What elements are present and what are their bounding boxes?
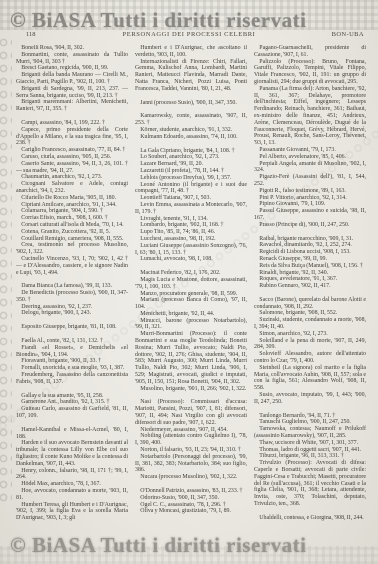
index-entry: Rubino Gennaro, '902, II, 417. [254, 283, 366, 290]
page-title: PERSONAGGI DEI PROCESSI CELEBRI [0, 31, 378, 38]
index-entry: Esposito Giuseppe, brigante, '81, II, 10… [16, 324, 128, 331]
index-entry: Rinaldi, brigante, '92, II, 340. [254, 270, 366, 277]
index-letter-group: Hamel-Kannibal e Missa-el-Acmel, '80, I,… [16, 427, 128, 522]
index-entry: Bonelli Rosa, '904, II, 302. [16, 45, 128, 52]
index-entry: Pigott R., falso testimone, '89, I, 163. [254, 188, 366, 195]
index-entry: Lupo Tito, '85, II, 74; '86, II, 46. [135, 229, 247, 236]
index-entry: Pagano-Guarnaschelli, presidente di Cass… [254, 45, 366, 59]
index-entry: Leoné Antonino (il brigante) e i suoi du… [135, 182, 247, 196]
index-letter-group: Campi, assassino, '84, I, 199, 222. †Cap… [16, 120, 128, 276]
index-entry: Panama (La firma del): Arton, banchiere,… [254, 86, 366, 147]
index-entry: Tanlongo Bernardo, '94, II, 71. † [254, 413, 366, 420]
index-entry: Soleilland e la pena di morte, '907, II,… [254, 338, 366, 352]
index-entry: Hödel Max, anarchico, '78, I, 367. [16, 481, 128, 488]
index-entry: Perpiali Angela, amante di Musolino, '90… [254, 161, 366, 175]
index-entry: Trivulzio (Processo): Avvocati di difesa… [254, 460, 366, 508]
index-entry: Lo Soubert, anarchico, '92, I, 273. [135, 154, 247, 161]
running-header: 118 PERSONAGGI DEI PROCESSI CELEBRI BON-… [0, 31, 378, 41]
index-entry: Tarnowska, contessa; Naumoff e Prilukoff… [254, 426, 366, 440]
index-letter-group: La Gala Cipriano, brigante, '84, I, 108.… [135, 148, 247, 264]
index-entry: Kulmann Edoardo, assassino, '74, II, 100… [135, 134, 247, 141]
index-entry: Pel Alberto, avvelenatore, '85, I, 406. [254, 154, 366, 161]
index-entry: Cicognani Salvatore e Adele, coniugi ana… [16, 181, 128, 195]
index-body: Bonelli Rosa, '904, II, 302.Bonmartini, … [16, 45, 366, 532]
index-entry: Salomone, brigante, '908, II, 552. [254, 310, 366, 317]
index-entry: Passanante Giovanni, '79, I, 173. [254, 147, 366, 154]
index-entry: Luciani Giuseppe (assassinio Sonzogno), … [135, 243, 247, 257]
index-entry: Nasi (Processo): Commissari d'accusa: Ma… [135, 399, 247, 426]
index-entry: Deering, assassino, '92, I, 237. [16, 304, 128, 311]
index-entry: O'Donnell Patrizio, assassino, '83, II, … [135, 488, 247, 495]
index-letter-group: Gallay e la sua amante, '95, II, 258.Gar… [16, 393, 128, 420]
index-letter-group: Janni (processo Susio), '900, II, 347, 3… [135, 100, 247, 107]
index-entry: Passul Giuseppe, assassino e suicida, '9… [254, 208, 366, 222]
index-entry: Cariglio Francesco, assassinato, '77, II… [16, 147, 128, 154]
index-letter-group: Raibal, brigante marocchino, '909, I, 31… [254, 236, 366, 290]
index-entry: Nucara (processo Musolino), '902, I, 322… [135, 474, 247, 481]
index-entry: Raibal, brigante marocchino, '909, I, 31… [254, 236, 366, 243]
index-entry: Henry, colonn., falsario, '98, II, 171 †… [16, 468, 128, 482]
index-entry: Nobiling (attentato contro Guglielmo I),… [135, 433, 247, 447]
index-entry: Caserio Sante, assassino, '94, II, 3, 26… [16, 161, 128, 175]
index-entry: Delogu, brigante, '900, I, 243. [16, 310, 128, 317]
index-entry: Cotena, Granito, Zuccottera, '92, II, 5. [16, 229, 128, 236]
index-entry: Musolino, brigante, '901, II, 266; '902,… [135, 386, 247, 393]
index-entry: Fiandi «el Rosset», e Demichelis «el Bio… [16, 345, 128, 359]
index-entry: Oliva y Moncasi, giustiziato, '79, I, 89… [135, 508, 247, 515]
index-entry: Odorino-Susio, '900, II, 347, 350. [135, 495, 247, 502]
scanned-index-page: © BiASA Tutti i diritti riservati 118 PE… [0, 0, 378, 564]
index-letter-group: Dama Bianca (La famosa), '99, II, 133.De… [16, 283, 128, 317]
index-entry: Suzinski, studente, condannato a morte, … [254, 317, 366, 331]
index-entry: Susio, avvocato, imputato, '99, I, 443; … [254, 392, 366, 406]
index-entry: Körner, studente, anarchico, '91, I, 332… [135, 127, 247, 134]
index-entry: Caruso, ciurla, assassino, '905, II, 256… [16, 154, 128, 161]
index-entry: Fioravanti, brigante, '900, II, 33. † [16, 358, 128, 365]
index-entry: Minucci, barone (processo Notarbartolo),… [135, 318, 247, 332]
index-entry: Bonmartini, conte, assassinato da Tullio… [16, 52, 128, 66]
index-entry: Menichetti, brigante, '92, II, 44. [135, 311, 247, 318]
index-column-1: Bonelli Rosa, '904, II, 302.Bonmartini, … [16, 45, 128, 532]
index-entry: Lazare Bernard, '99, II, 20. [135, 161, 247, 168]
index-entry: Gallay e la sua amante, '95, II, 258. [16, 393, 128, 400]
index-entry: Roques, avvelenatore, '91, I, 367. [254, 276, 366, 283]
index-entry: Pipino Giovanni, '79, I, 109. [254, 201, 366, 208]
index-column-2: Humbert e i D'Aurignac, che ascoltano il… [135, 45, 247, 532]
index-entry: Lazzaretti (il profeta), '78, II, 144. † [135, 168, 247, 175]
index-entry: Levin Emma, assassinata a Montecarlo, '9… [135, 202, 247, 216]
index-entry: Corsari catturati all'isola di Meda, '70… [16, 222, 128, 229]
index-entry: Campi, assassino, '84, I, 199, 222. † [16, 120, 128, 127]
index-entry: Lombardo, brigante, '902, II, 168. † [135, 222, 247, 229]
index-entry: Thomas, ladro di oggetti sacri, '907, II… [254, 447, 366, 454]
index-letter-group: Bonelli Rosa, '904, II, 302.Bonmartini, … [16, 45, 128, 113]
index-entry: Cucinello Vincenzo, '93, I, 70; '902, I,… [16, 256, 128, 276]
index-entry: Cipriani Amilcare, anarchico, '91, I, 34… [16, 202, 128, 209]
index-entry: Steinheil (La signora) col marito e la f… [254, 365, 366, 392]
index-letter-group: Sacco (Barone), querelato dal barone Alo… [254, 297, 366, 406]
index-letter-group: Macinai Federico, '82, I, 176, 202.Magis… [135, 270, 247, 392]
index-entry: Livraghi, tenente, '91, I, 134. [135, 216, 247, 223]
index-letter-group: Humbert e i D'Aurignac, che ascoltano il… [135, 45, 247, 93]
index-letter-group: Kamarowsky, conte, assassinato, '907, II… [135, 113, 247, 140]
index-entry: Kamarowsky, conte, assassinato, '907, II… [135, 113, 247, 127]
index-entry: La Gala Cipriano, brigante, '84, I, 108.… [135, 148, 247, 155]
index-entry: Leblois (processo Dreyfus), '99, I, 357. [135, 175, 247, 182]
index-entry: Prasso (Principe di), '900, II, 247, 250… [254, 222, 366, 229]
index-entry: Ubaldelli, contessa, e Giorgina, '908, I… [254, 515, 366, 522]
index-entry: Briganti della banda Maurano — Cirelli M… [16, 72, 128, 86]
index-entry: Capece, primo presidente della Corte d'A… [16, 127, 128, 147]
index-letter-group: O'Donnell Patrizio, assassino, '83, II, … [135, 488, 247, 515]
index-entry: Thaw, uccisore di White, '907, I, 301, 3… [254, 440, 366, 447]
copyright-watermark-top: © BiASA Tutti i diritti riservati [10, 8, 370, 33]
index-letter-group: Esposito Giuseppe, brigante, '81, II, 10… [16, 324, 128, 331]
index-letter-group: Faella Al., conte, '82, I, 131, 132. †Fi… [16, 338, 128, 386]
index-entry: Chaumartin, anarchico, '92, I, 273. [16, 174, 128, 181]
index-entry: Janni (processo Susio), '900, II, 347, 3… [135, 100, 247, 107]
index-entry: Hamel-Kannibal e Missa-el-Acmel, '80, I,… [16, 427, 128, 441]
index-entry: Solovieff Alessandro, autore dell'attent… [254, 351, 366, 365]
index-entry: Freudemberg, l'assassino della canzonett… [16, 372, 128, 386]
index-entry: De Benedictis (processo Susio), '900, II… [16, 290, 128, 304]
index-entry: Briganti maremmani: Albertini, Menichett… [16, 99, 128, 113]
index-entry: Regicidi di Lisbona uccisi, '908, I, 153… [254, 249, 366, 256]
index-entry: Hoe, avvocato, condannato a morte, '903,… [16, 488, 128, 502]
index-entry: Lucchesi, assassino, '98, II, 192. [135, 236, 247, 243]
index-entry: Bresci Gaetano, regicida, '900, II, 99. [16, 65, 128, 72]
index-letter-group: Nasi (Processo): Commissari d'accusa: Ma… [135, 399, 247, 481]
index-entry: Palizzolo (Processo): Bruno, Fontana, Ga… [254, 59, 366, 86]
index-entry: Fornalli, uxoricida, e sua moglie, '93, … [16, 365, 128, 372]
index-entry: Macinai Federico, '82, I, 176, 202. [135, 270, 247, 277]
index-letter-group: Ubaldelli, contessa, e Giorgina, '908, I… [254, 515, 366, 522]
index-entry: Simon, anarchico, '92, I, 273. [254, 331, 366, 338]
index-entry: Guiteau Carlo, assassino di Garfield, '8… [16, 406, 128, 420]
index-entry: Notarbartolo (Personaggi del processo), … [135, 454, 247, 474]
index-entry: Cifariello De Rocco Maria, '905, II, 180… [16, 195, 128, 202]
index-entry: Ogel C. C., assassinato, '78, I, 296. † [135, 502, 247, 509]
index-entry: Pini P. Vittorio, anarchico, '92, I, 314… [254, 195, 366, 202]
index-entry: Ravachol, dinamitardo, '92, I, 252, 274. [254, 242, 366, 249]
index-entry: Sacco (Barone), querelato dal barone Alo… [254, 297, 366, 311]
index-entry: Corrias Efisio, march., '908, I, 600. † [16, 215, 128, 222]
index-entry: Magis Lucia e Mustone, dottore, assassin… [135, 277, 247, 291]
index-entry: Murri-Bonmartini (Processo): il conte Bo… [135, 331, 247, 385]
index-entry: Reis da Silva Buiça (Manuel), '908, I, 1… [254, 263, 366, 270]
index-entry: Lumachi, avvocato, '98, I, 108. [135, 256, 247, 263]
index-entry: Harden e il suo avvocato Bernstein davan… [16, 440, 128, 467]
index-entry: Faella Al., conte, '82, I, 131, 132. † [16, 338, 128, 345]
index-entry: Humbert Teresa, gli Humbert e i D'Aurign… [16, 502, 128, 522]
index-entry: Humbert e i D'Aurignac, che ascoltano il… [135, 45, 247, 59]
index-entry: Pigazio-Ferè (Assassini dell'), '81, I, … [254, 174, 366, 188]
index-entry: Renack Giuseppe, '99, II, 99. [254, 256, 366, 263]
scan-edge-artifact [0, 36, 12, 506]
index-range: BON-UBA [332, 31, 364, 38]
index-column-3: Pagano-Guarnaschelli, presidente di Cass… [254, 45, 366, 532]
index-entry: Mariani (processo Banca di Como), '97, I… [135, 297, 247, 311]
index-entry: Couillard Remigio, cameriera, '908, II, … [16, 236, 128, 243]
index-entry: Internazionalisti di Firenze: Chiri, Fal… [135, 59, 247, 93]
index-entry: Briganti di Sardegna, '99, II, 213, 237.… [16, 86, 128, 100]
index-letter-group: Tanlongo Bernardo, '94, II, 71. †Tanusch… [254, 413, 366, 508]
copyright-watermark-bottom: © BiASA Tutti i diritti riservati [10, 533, 370, 558]
index-entry: Norton, il falsario, '93, II, 23; '94, I… [135, 447, 247, 454]
index-entry: Crea, testimonio nel processo Musolino, … [16, 242, 128, 256]
index-entry: Leontieff Tatiana, '907, I, 503. [135, 195, 247, 202]
index-letter-group: Pagano-Guarnaschelli, presidente di Cass… [254, 45, 366, 229]
